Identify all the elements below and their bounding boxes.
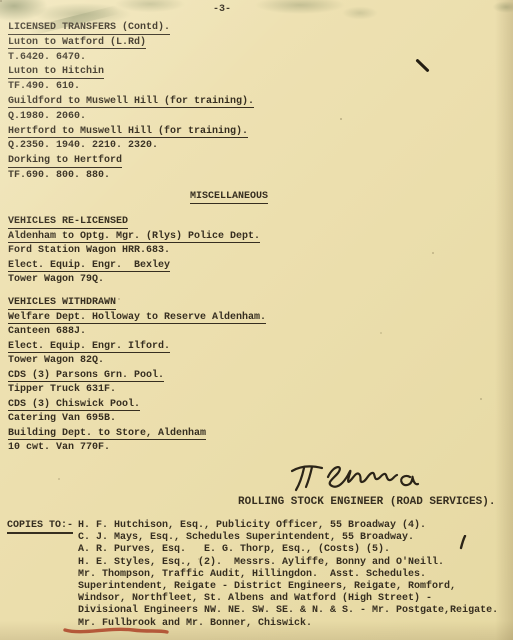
copies-line: H. E. Styles, Esq., (2). Messrs. Ayliffe… — [78, 557, 498, 569]
destination-line: Elect. Equip. Engr. Ilford. — [8, 341, 266, 356]
fleet-numbers-line: T.6420. 6470. — [8, 52, 254, 67]
destination-line: Building Dept. to Store, Aldenham — [8, 428, 266, 443]
fleet-numbers-line: Q.1980. 2060. — [8, 111, 254, 126]
copies-line: C. J. Mays, Esq., Schedules Superintende… — [78, 532, 498, 544]
fleet-numbers-line: TF.490. 610. — [8, 81, 254, 96]
signature-title: ROLLING STOCK ENGINEER (ROAD SERVICES). — [238, 496, 495, 508]
red-underline-annotation — [63, 624, 169, 637]
vehicle-line: Canteen 688J. — [8, 326, 266, 341]
vehicle-line: Tower Wagon 82Q. — [8, 355, 266, 370]
transfer-route-line: Guildford to Muswell Hill (for training)… — [8, 96, 254, 111]
section-licensed-transfers: LICENSED TRANSFERS (Contd). Luton to Wat… — [8, 22, 254, 185]
copies-to-label: COPIES TO:- — [7, 520, 73, 531]
section-heading-miscellaneous: MISCELLANEOUS — [190, 191, 268, 202]
vehicle-line: Tower Wagon 79Q. — [8, 274, 260, 289]
copies-line: Divisional Engineers NW. NE. SW. SE. & N… — [78, 605, 498, 617]
transfer-route-line: Hertford to Muswell Hill (for training). — [8, 126, 254, 141]
section-title: VEHICLES WITHDRAWN — [8, 297, 266, 312]
copies-line: H. F. Hutchison, Esq., Publicity Officer… — [78, 520, 498, 532]
handwritten-signature — [286, 460, 422, 496]
page-number: -3- — [213, 4, 231, 15]
vehicle-line: Tipper Truck 631F. — [8, 384, 266, 399]
copies-line: Mr. Thompson, Traffic Audit, Hillingdon.… — [78, 569, 498, 581]
copies-line: Windsor, Northfleet, St. Albens and Watf… — [78, 593, 498, 605]
vehicle-line: Ford Station Wagon HRR.683. — [8, 245, 260, 260]
section-title: LICENSED TRANSFERS (Contd). — [8, 22, 254, 37]
copies-line: A. R. Purves, Esq. E. G. Thorp, Esq., (C… — [78, 544, 498, 556]
section-vehicles-relicensed: VEHICLES RE-LICENSED Aldenham to Optg. M… — [8, 216, 260, 289]
destination-line: Elect. Equip. Engr. Bexley — [8, 260, 260, 275]
pen-mark — [415, 59, 429, 73]
fleet-numbers-line: TF.690. 800. 880. — [8, 170, 254, 185]
ink-tick-mark — [458, 535, 468, 550]
destination-line: Welfare Dept. Holloway to Reserve Aldenh… — [8, 312, 266, 327]
destination-line: CDS (3) Parsons Grn. Pool. — [8, 370, 266, 385]
transfer-route-line: Luton to Watford (L.Rd) — [8, 37, 254, 52]
copies-line: Superintendent, Reigate - District Engin… — [78, 581, 498, 593]
section-title: VEHICLES RE-LICENSED — [8, 216, 260, 231]
copies-to-list: H. F. Hutchison, Esq., Publicity Officer… — [78, 520, 498, 630]
vehicle-line: Catering Van 695B. — [8, 413, 266, 428]
vehicle-line: 10 cwt. Van 770F. — [8, 442, 266, 457]
transfer-route-line: Luton to Hitchin — [8, 66, 254, 81]
transfer-route-line: Dorking to Hertford — [8, 155, 254, 170]
destination-line: CDS (3) Chiswick Pool. — [8, 399, 266, 414]
section-vehicles-withdrawn: VEHICLES WITHDRAWN Welfare Dept. Hollowa… — [8, 297, 266, 457]
scanned-document-page: -3- LICENSED TRANSFERS (Contd). Luton to… — [0, 0, 513, 640]
paper-specks — [0, 0, 2, 2]
fleet-numbers-line: Q.2350. 1940. 2210. 2320. — [8, 140, 254, 155]
destination-line: Aldenham to Optg. Mgr. (Rlys) Police Dep… — [8, 231, 260, 246]
